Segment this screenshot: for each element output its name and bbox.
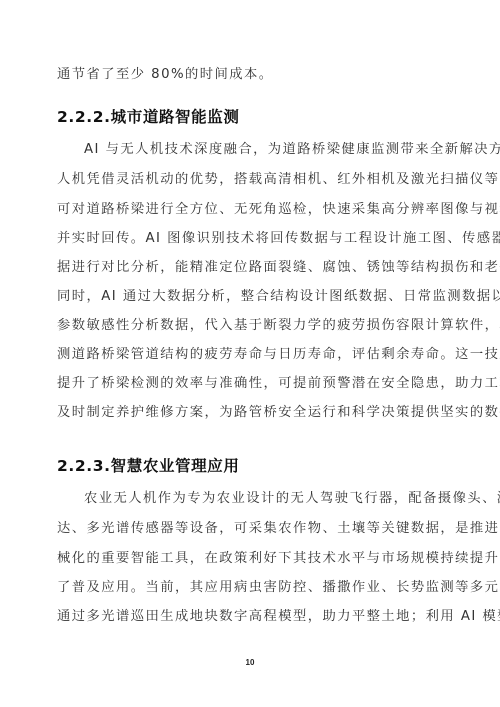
paragraph-line: 并实时回传。AI 图像识别技术将回传数据与工程设计施工图、传感器监测数 (57, 230, 449, 248)
paragraph-line: 械化的重要智能工具，在政策利好下其技术水平与市场规模持续提升，加速 (57, 550, 449, 568)
section-heading-smart-agriculture: 2.2.3.智慧农业管理应用 (57, 456, 239, 476)
document-page: 通节省了至少 80%的时间成本。 2.2.2.城市道路智能监测 AI 与无人机技… (0, 0, 500, 707)
paragraph-line: 据进行对比分析，能精准定位路面裂缝、腐蚀、锈蚀等结构损伤和老化问题。 (57, 259, 449, 277)
paragraph-line: 农业无人机作为专为农业设计的无人驾驶飞行器，配备摄像头、激光雷 (84, 490, 449, 508)
paragraph-line: 人机凭借灵活机动的优势，搭载高清相机、红外相机及激光扫描仪等设备， (57, 171, 449, 189)
paragraph-line: 达、多光谱传感器等设备，可采集农作物、土壤等关键数据，是推进农业机 (57, 520, 449, 538)
paragraph-line: 同时，AI 通过大数据分析，整合结构设计图纸数据、日常监测数据以及关键 (57, 288, 449, 306)
section-heading-urban-road-monitoring: 2.2.2.城市道路智能监测 (57, 107, 239, 127)
paragraph-line: AI 与无人机技术深度融合，为道路桥梁健康监测带来全新解决方案。无 (84, 141, 449, 159)
paragraph-line: 可对道路桥梁进行全方位、无死角巡检，快速采集高分辨率图像与视频数据 (57, 201, 449, 219)
paragraph-line: 提升了桥梁检测的效率与准确性，可提前预警潜在安全隐患，助力工程部门 (57, 375, 449, 393)
page-number: 10 (0, 658, 500, 667)
paragraph-line: 参数敏感性分析数据，代入基于断裂力学的疲劳损伤容限计算软件，科学预 (57, 317, 449, 335)
paragraph-line: 了普及应用。当前，其应用病虫害防控、播撒作业、长势监测等多元场景： (57, 579, 449, 597)
paragraph-line: 及时制定养护维修方案，为路管桥安全运行和科学决策提供坚实的数据支撑。 (57, 404, 449, 422)
paragraph-line: 通过多光谱巡田生成地块数字高程模型，助力平整土地；利用 AI 模型识别病 (57, 608, 449, 626)
paragraph-line: 通节省了至少 80%的时间成本。 (57, 66, 449, 84)
paragraph-line: 测道路桥梁管道结构的疲劳寿命与日历寿命，评估剩余寿命。这一技术显著 (57, 346, 449, 364)
